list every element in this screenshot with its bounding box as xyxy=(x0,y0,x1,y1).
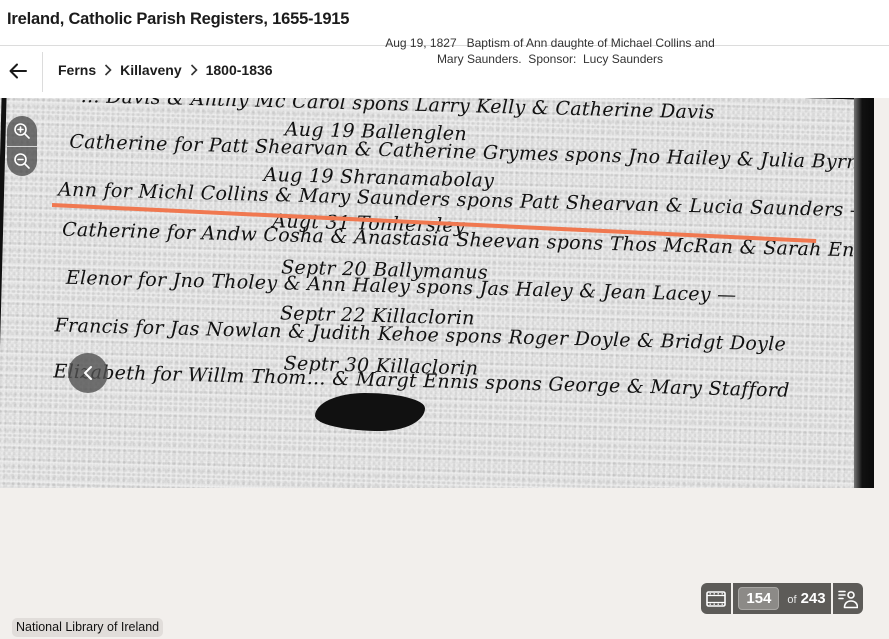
breadcrumb-ferns[interactable]: Ferns xyxy=(58,62,96,78)
chevron-right-icon xyxy=(182,64,206,76)
ink-blot xyxy=(315,393,425,431)
zoom-controls xyxy=(7,116,37,176)
breadcrumb-1800-1836: 1800-1836 xyxy=(206,62,273,78)
record-list-person-icon xyxy=(838,589,858,609)
zoom-out-button[interactable] xyxy=(7,146,37,176)
of-label: of xyxy=(787,594,796,606)
record-details-button[interactable] xyxy=(833,583,863,614)
breadcrumb-killaveny[interactable]: Killaveny xyxy=(120,62,181,78)
caption-line-2: Mary Saunders. Sponsor: Lucy Saunders xyxy=(340,51,760,67)
chevron-right-icon xyxy=(96,64,120,76)
collection-title: Ireland, Catholic Parish Registers, 1655… xyxy=(7,10,349,29)
page-edge-shadow xyxy=(854,98,874,488)
zoom-in-icon xyxy=(13,122,31,140)
document-image-viewer[interactable]: … Davis & Anthy Mc Carol spons Larry Kel… xyxy=(0,98,874,488)
handwriting-line: … Davis & Anthy Mc Carol spons Larry Kel… xyxy=(80,98,715,124)
record-caption: Aug 19, 1827 Baptism of Ann daughte of M… xyxy=(340,35,760,67)
image-navigation-toolbar: of 243 xyxy=(701,583,863,614)
header: Ireland, Catholic Parish Registers, 1655… xyxy=(0,0,889,98)
current-page-input[interactable] xyxy=(738,587,779,610)
zoom-out-icon xyxy=(13,152,31,170)
handwriting-line: Catherine for Patt Shearvan & Catherine … xyxy=(69,131,874,175)
image-attribution: National Library of Ireland xyxy=(12,618,163,637)
breadcrumb: Ferns Killaveny 1800-1836 xyxy=(58,62,273,78)
filmstrip-button[interactable] xyxy=(701,583,731,614)
zoom-in-button[interactable] xyxy=(7,116,37,146)
filmstrip-icon xyxy=(706,591,726,607)
caption-line-1: Aug 19, 1827 Baptism of Ann daughte of M… xyxy=(340,35,760,51)
chevron-left-icon xyxy=(82,365,94,381)
page-counter: of 243 xyxy=(733,583,831,614)
previous-image-button[interactable] xyxy=(68,353,108,393)
header-vertical-divider xyxy=(42,52,43,92)
register-page-image: … Davis & Anthy Mc Carol spons Larry Kel… xyxy=(0,98,866,488)
arrow-left-icon xyxy=(9,63,27,79)
total-pages: 243 xyxy=(801,590,826,607)
back-button[interactable] xyxy=(4,58,32,84)
